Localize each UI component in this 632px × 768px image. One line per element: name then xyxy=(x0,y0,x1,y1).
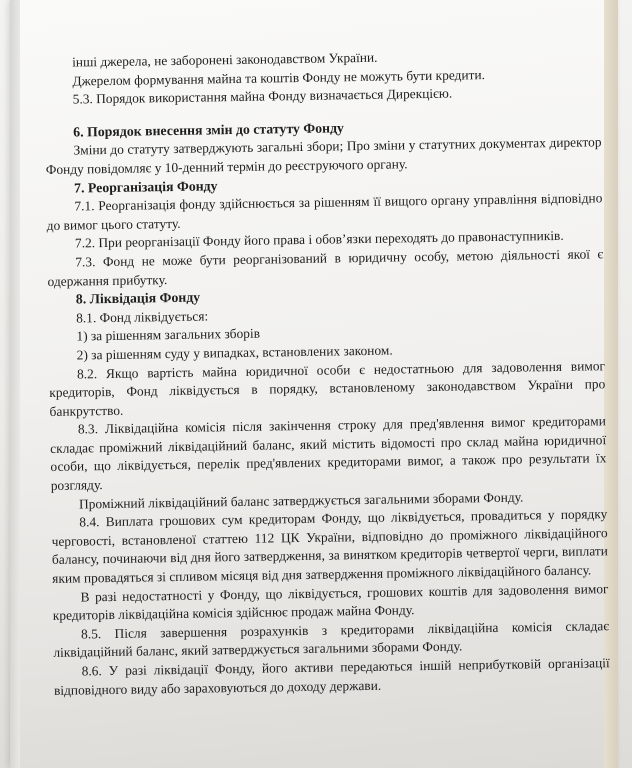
paragraph-8-3: 8.3. Ліквідаційна комісія після закінчен… xyxy=(50,413,607,496)
paragraph-8-2: 8.2. Якщо вартість майна юридичної особи… xyxy=(49,357,606,422)
page-left-shadow xyxy=(10,0,20,768)
paragraph-8-6: 8.6. У разі ліквідації Фонду, його актив… xyxy=(54,654,611,700)
document-page: інші джерела, не заборонені законодавств… xyxy=(10,0,618,768)
paragraph-8-4: 8.4. Виплата грошових сум кредиторам Фон… xyxy=(51,505,608,588)
document-body: інші джерела, не заборонені законодавств… xyxy=(44,45,610,700)
